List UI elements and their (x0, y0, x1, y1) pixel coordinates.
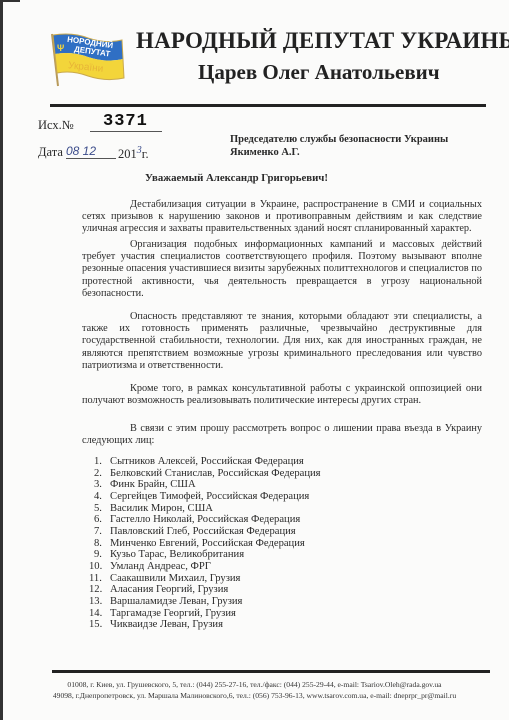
list-number: 2. (94, 468, 110, 480)
list-text: Белковский Станислав, Российская Федерац… (110, 468, 321, 479)
recipient-block: Председателю службы безопасности Украины… (230, 133, 448, 159)
paragraph: Кроме того, в рамках консультативной раб… (82, 383, 482, 407)
paragraph: Опасность представляют те знания, которы… (82, 311, 482, 372)
list-item: 2.Белковский Станислав, Российская Федер… (94, 468, 321, 480)
date-handwritten: 08 12 (66, 144, 116, 159)
list-number: 1. (94, 456, 110, 468)
letterhead-title: НАРОДНЫЙ ДЕПУТАТ УКРАИНЫ (136, 28, 509, 54)
list-text: Умланд Андреас, ФРГ (110, 561, 211, 572)
list-text: Василик Мирон, США (110, 503, 213, 514)
outgoing-number-label: Исх.№ (38, 118, 74, 133)
list-number: 6. (94, 514, 110, 526)
paragraph: Дестабилизация ситуации в Украине, распр… (82, 199, 482, 236)
list-text: Сергейцев Тимофей, Российская Федерация (110, 491, 309, 502)
recipient-title: Председателю службы безопасности Украины (230, 133, 448, 146)
footer-address-dnipro: 49098, г.Днепропетровск, ул. Маршала Мал… (0, 691, 509, 700)
list-number: 13. (89, 596, 110, 608)
page-edge (0, 0, 3, 720)
list-number: 4. (94, 491, 110, 503)
persons-list: 1.Сытников Алексей, Российская Федерация… (94, 456, 321, 631)
page-edge-top (0, 0, 20, 2)
list-number: 3. (94, 479, 110, 491)
list-number: 5. (94, 503, 110, 515)
paragraph: В связи с этим прошу рассмотреть вопрос … (82, 423, 482, 447)
year-suffix: г. (142, 147, 149, 161)
list-item: 15.Чикваидзе Леван, Грузия (89, 619, 321, 631)
list-text: Чикваидзе Леван, Грузия (110, 619, 223, 630)
list-number: 15. (89, 619, 110, 631)
list-item: 12.Аласания Георгий, Грузия (89, 584, 321, 596)
list-text: Павловский Глеб, Российская Федерация (110, 526, 296, 537)
paragraph: Организация подобных информационных камп… (82, 239, 482, 300)
outgoing-number: 3371 (103, 112, 148, 131)
deputy-flag-emblem: Ψ НОРОДНИЙ ДЕПУТАТ України (48, 32, 126, 88)
date-label: Дата (38, 145, 63, 160)
footer-divider (52, 670, 490, 673)
letterhead-name: Царев Олег Анатольевич (198, 60, 440, 85)
list-number: 12. (89, 584, 110, 596)
list-number: 14. (89, 608, 110, 620)
list-item: 10.Умланд Андреас, ФРГ (89, 561, 321, 573)
list-item: 5.Василик Мирон, США (94, 503, 321, 515)
list-item: 6.Гастелло Николай, Российская Федерация (94, 514, 321, 526)
list-number: 11. (89, 573, 110, 585)
recipient-name: Якименко А.Г. (230, 146, 448, 159)
year-prefix: 201 (118, 147, 137, 161)
list-text: Аласания Георгий, Грузия (110, 584, 228, 595)
list-item: 14.Таргамадзе Георгий, Грузия (89, 608, 321, 620)
list-text: Сытников Алексей, Российская Федерация (110, 456, 304, 467)
list-item: 13.Варшаламидзе Леван, Грузия (89, 596, 321, 608)
list-item: 8.Минченко Евгений, Российская Федерация (94, 538, 321, 550)
svg-text:Ψ: Ψ (57, 43, 64, 53)
list-text: Гастелло Николай, Российская Федерация (110, 514, 300, 525)
list-text: Кузьо Тарас, Великобритания (110, 549, 244, 560)
list-text: Саакашвили Михаил, Грузия (110, 573, 240, 584)
list-item: 11.Саакашвили Михаил, Грузия (89, 573, 321, 585)
salutation: Уважаемый Александр Григорьевич! (145, 172, 328, 184)
date-year: 2013г. (118, 145, 149, 162)
list-item: 9.Кузьо Тарас, Великобритания (94, 549, 321, 561)
list-number: 7. (94, 526, 110, 538)
list-item: 4.Сергейцев Тимофей, Российская Федераци… (94, 491, 321, 503)
outgoing-number-underline (90, 131, 162, 132)
list-text: Минченко Евгений, Российская Федерация (110, 538, 305, 549)
list-item: 3.Финк Брайн, США (94, 479, 321, 491)
list-number: 9. (94, 549, 110, 561)
list-text: Варшаламидзе Леван, Грузия (110, 596, 242, 607)
header-divider (50, 104, 486, 107)
list-number: 10. (89, 561, 110, 573)
footer-address-kiev: 01008, г. Киев, ул. Грушевского, 5, тел.… (0, 680, 509, 689)
list-text: Таргамадзе Георгий, Грузия (110, 608, 236, 619)
list-item: 7.Павловский Глеб, Российская Федерация (94, 526, 321, 538)
list-number: 8. (94, 538, 110, 550)
list-item: 1.Сытников Алексей, Российская Федерация (94, 456, 321, 468)
list-text: Финк Брайн, США (110, 479, 196, 490)
